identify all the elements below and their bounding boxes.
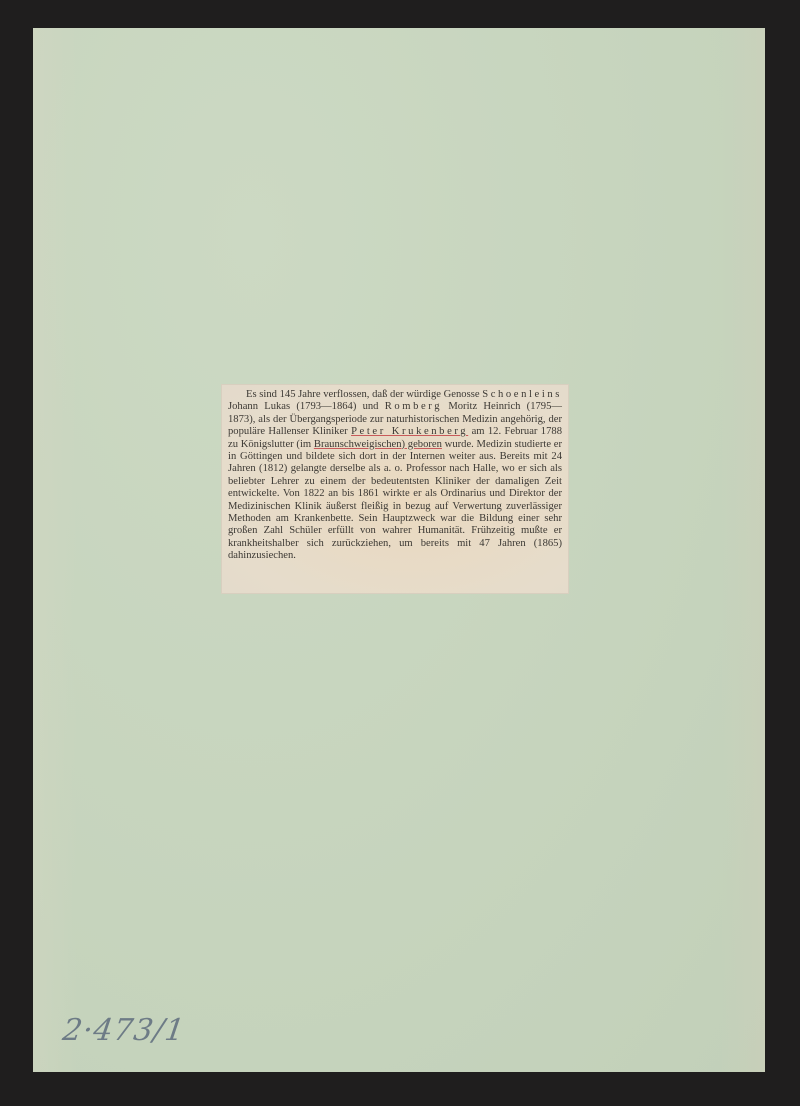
paper-sheet: Es sind 145 Jahre verflossen, daß der wü… [33, 28, 765, 1072]
birthplace-underlined: Braunschweigischen) geboren [314, 439, 442, 450]
clipping-text: Es sind 145 Jahre verflossen, daß der wü… [228, 389, 562, 563]
clipping-segment: Johann Lukas (1793—1864) und [228, 401, 385, 412]
newspaper-clipping: Es sind 145 Jahre verflossen, daß der wü… [222, 385, 568, 593]
name-schoenlein: Schoenleins [482, 389, 562, 400]
clipping-segment: wurde. Medizin studierte er in Göttingen… [228, 439, 562, 562]
clipping-segment: Es sind 145 Jahre verflossen, daß der wü… [246, 389, 482, 400]
handwritten-catalog-number: 2·473/1 [61, 1013, 188, 1048]
name-romberg: Romberg [385, 401, 442, 412]
name-krukenberg: Peter Krukenberg [351, 426, 468, 437]
